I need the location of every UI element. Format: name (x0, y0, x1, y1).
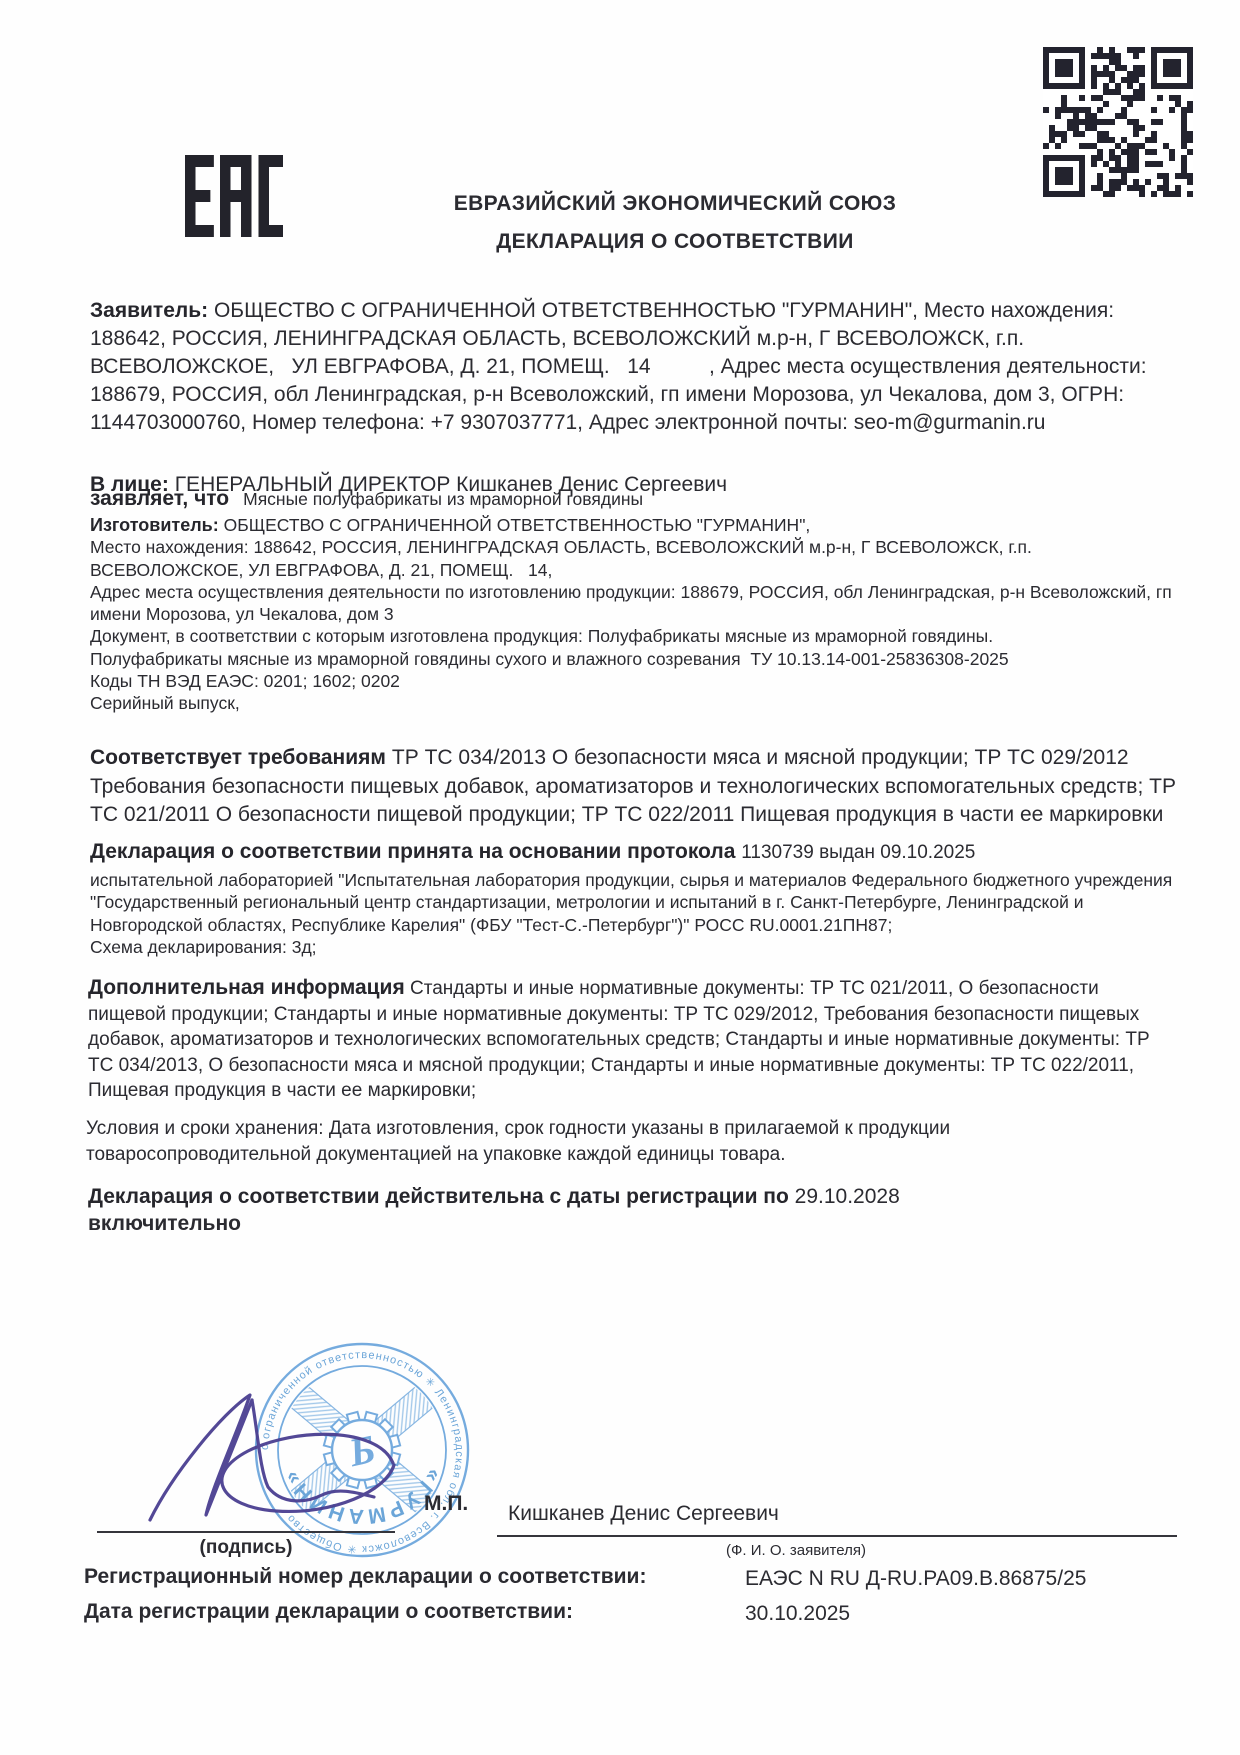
declaration-document: ЕВРАЗИЙСКИЙ ЭКОНОМИЧЕСКИЙ СОЮЗ ДЕКЛАРАЦИ… (0, 0, 1240, 1755)
signature-ink (110, 1375, 410, 1540)
validity-block: Декларация о соответствии действительна … (88, 1183, 1178, 1237)
eac-logo-icon (185, 155, 283, 237)
manufacturer-label: Изготовитель: (90, 515, 219, 535)
additional-info-label: Дополнительная информация (88, 976, 405, 999)
basis-block: Декларация о соответствии принята на осн… (90, 838, 1180, 958)
product-name: Мясные полуфабрикаты из мраморной говяди… (243, 489, 643, 509)
manufacturer-address: Место нахождения: 188642, РОССИЯ, ЛЕНИНГ… (90, 536, 1180, 581)
signature-caption: (подпись) (97, 1537, 395, 1559)
holder-name-line (497, 1535, 1177, 1537)
registration-number-value: ЕАЭС N RU Д-RU.РА09.В.86875/25 (745, 1567, 1086, 1591)
tn-ved-codes: Коды ТН ВЭД ЕАЭС: 0201; 1602; 0202 (90, 670, 1180, 692)
declaration-scheme: Схема декларирования: 3д; (90, 936, 1180, 958)
signature-line (97, 1531, 395, 1533)
validity-label: Декларация о соответствии действительна … (88, 1185, 789, 1208)
applicant-text: ОБЩЕСТВО С ОГРАНИЧЕННОЙ ОТВЕТСТВЕННОСТЬЮ… (90, 299, 1147, 434)
registration-number-label: Регистрационный номер декларации о соотв… (84, 1565, 646, 1589)
product-document-line2: Полуфабрикаты мясные из мраморной говяди… (90, 648, 1180, 670)
validity-date: 29.10.2028 (795, 1185, 900, 1208)
manufacturer-name: ОБЩЕСТВО С ОГРАНИЧЕННОЙ ОТВЕТСТВЕННОСТЬЮ… (224, 515, 811, 535)
protocol-number: 1130739 выдан 09.10.2025 (741, 842, 975, 863)
basis-label: Декларация о соответствии принята на осн… (90, 840, 735, 863)
applicant-label: Заявитель: (90, 299, 208, 322)
storage-conditions: Условия и сроки хранения: Дата изготовле… (86, 1116, 1096, 1168)
holder-name: Кишканев Денис Сергеевич (508, 1502, 779, 1526)
declares-label: заявляет, что (90, 487, 229, 510)
laboratory-text: испытательной лабораторией "Испытательна… (90, 869, 1180, 936)
additional-info-paragraph: Дополнительная информация Стандарты и ин… (88, 975, 1180, 1104)
doc-title: ДЕКЛАРАЦИЯ О СООТВЕТСТВИИ (275, 230, 1075, 254)
seal-place-label: М.П. (424, 1492, 468, 1516)
registration-date-label: Дата регистрации декларации о соответств… (84, 1600, 573, 1624)
production-address: Адрес места осуществления деятельности п… (90, 581, 1180, 626)
requirements-label: Соответствует требованиям (90, 746, 386, 769)
applicant-paragraph: Заявитель: ОБЩЕСТВО С ОГРАНИЧЕННОЙ ОТВЕТ… (90, 297, 1180, 437)
union-title: ЕВРАЗИЙСКИЙ ЭКОНОМИЧЕСКИЙ СОЮЗ (275, 192, 1075, 216)
validity-suffix: включительно (88, 1210, 1178, 1237)
title-block: ЕВРАЗИЙСКИЙ ЭКОНОМИЧЕСКИЙ СОЮЗ ДЕКЛАРАЦИ… (275, 192, 1075, 254)
release-type: Серийный выпуск, (90, 692, 1180, 714)
requirements-paragraph: Соответствует требованиямТР ТС 034/2013 … (90, 744, 1180, 830)
qr-code-icon (1043, 47, 1193, 197)
product-block: заявляет, чтоМясные полуфабрикаты из мра… (90, 486, 1180, 715)
holder-caption: (Ф. И. О. заявителя) (726, 1542, 866, 1559)
product-document-line1: Документ, в соответствии с которым изгот… (90, 625, 1180, 647)
registration-date-value: 30.10.2025 (745, 1602, 850, 1626)
